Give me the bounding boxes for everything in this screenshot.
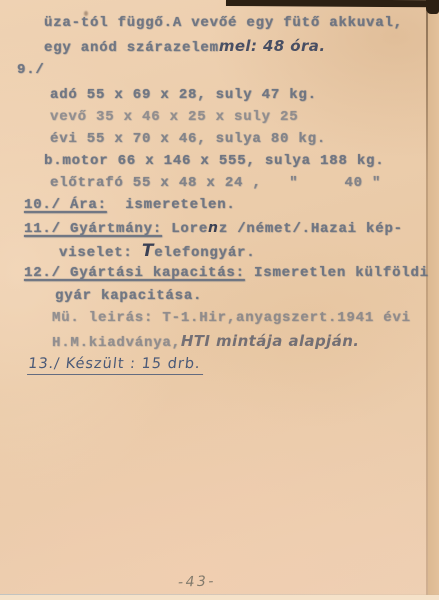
item12-line-2: gyár kapacitása. — [55, 288, 202, 304]
item12-line-1: 12./ Gyártási kapacitás: Ismeretlen külf… — [24, 265, 429, 281]
handwritten-correction-T: T — [142, 241, 154, 261]
item11-line2-pre: viselet: — [59, 245, 142, 261]
handwritten-note-hti: HTI mintája alapján. — [181, 332, 360, 350]
item12-note-line-1: Mü. leirás: T-1.Hir,anyagszert.1941 évi — [52, 310, 411, 326]
intro-line-2-typed: egy anód szárazelem — [44, 40, 219, 56]
page-number: -43- — [178, 573, 216, 590]
item11-line2-post: elefongyár. — [154, 245, 255, 261]
item12-note-line2-typed: H.M.kiadványa, — [52, 335, 181, 351]
item9-number: 9./ — [17, 62, 45, 78]
scan-dark-corner-top-right — [426, 0, 439, 14]
item9-row-elotrafo: előtrafó 55 x 48 x 24 , " 40 " — [50, 175, 381, 191]
item13-handwritten-line: 13./ Készült : 15 drb. — [27, 356, 205, 375]
intro-line-2: egy anód szárazelemmel: 48 óra. — [44, 38, 325, 56]
item11-value-pre: Lore — [162, 221, 208, 237]
intro-line-1: üza-tól függő.A vevőé egy fütő akkuval, — [44, 15, 403, 31]
item11-value-post: z /német/.Hazai kép- — [219, 221, 403, 237]
item10-label: 10./ Ára: — [24, 197, 107, 213]
item11-line-2: viselet: Telefongyár. — [59, 243, 255, 261]
item9-row-evi: évi 55 x 70 x 46, sulya 80 kg. — [50, 131, 326, 147]
item12-note-line-2: H.M.kiadványa,HTI mintája alapján. — [52, 333, 359, 351]
handwritten-correction-n: n — [208, 220, 219, 236]
item11-line-1: 11./ Gyártmány: Lorenz /német/.Hazai kép… — [24, 220, 403, 237]
item9-row-bmotor: b.motor 66 x 146 x 555, sulya 188 kg. — [44, 153, 384, 169]
scan-dark-edge-top — [226, 0, 439, 7]
item9-row-ado: adó 55 x 69 x 28, suly 47 kg. — [50, 87, 317, 103]
item12-value: Ismeretlen külföldi — [245, 265, 429, 281]
item12-label: 12./ Gyártási kapacitás: — [24, 265, 245, 281]
document-page: üza-tól függő.A vevőé egy fütő akkuval, … — [0, 0, 439, 600]
page-edge-right-strip — [428, 0, 439, 600]
page-edge-bottom-strip — [0, 595, 439, 600]
item9-row-vevo: vevő 35 x 46 x 25 x suly 25 — [50, 109, 298, 125]
page-edge-right-line — [426, 0, 428, 600]
item10-line: 10./ Ára: ismeretelen. — [24, 197, 236, 213]
item11-label: 11./ Gyártmány: — [24, 221, 162, 237]
item10-value: ismeretelen. — [107, 197, 236, 213]
handwritten-note-48-hours: mel: 48 óra. — [219, 37, 326, 55]
